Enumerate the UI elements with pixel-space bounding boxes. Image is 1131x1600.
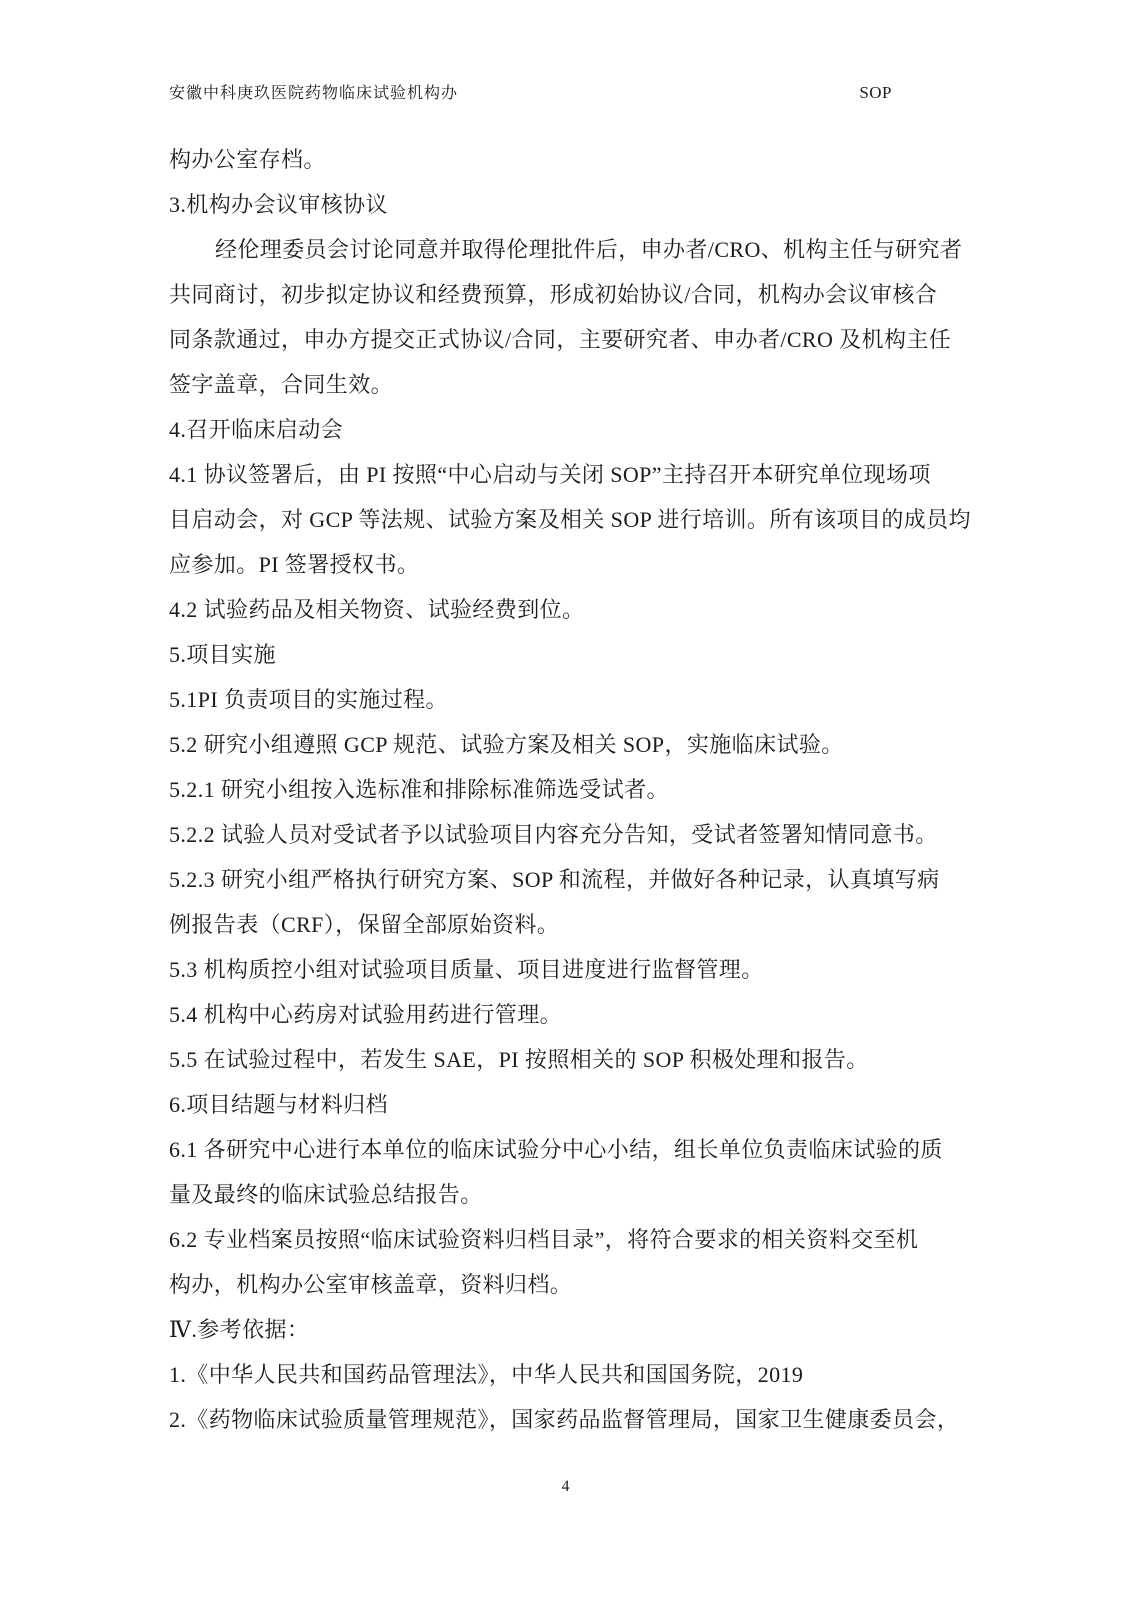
header-institution-text: 安徽中科庚玖医院药物临床试验机构办	[169, 80, 458, 103]
text-line: 4.1 协议签署后，由 PI 按照“中心启动与关闭 SOP”主持召开本研究单位现…	[169, 452, 962, 497]
text-line: 5.2.3 研究小组严格执行研究方案、SOP 和流程，并做好各种记录，认真填写病	[169, 857, 962, 902]
text-line: 5.1PI 负责项目的实施过程。	[169, 677, 962, 722]
text-line: 构办公室存档。	[169, 137, 962, 182]
section-heading-line: Ⅳ.参考依据：	[169, 1307, 962, 1352]
text-line: 同条款通过，申办方提交正式协议/合同，主要研究者、申办者/CRO 及机构主任	[169, 317, 962, 362]
document-page: 安徽中科庚玖医院药物临床试验机构办 SOP 构办公室存档。 3.机构办会议审核协…	[0, 0, 1131, 1600]
document-body: 构办公室存档。 3.机构办会议审核协议 经伦理委员会讨论同意并取得伦理批件后，申…	[169, 137, 962, 1442]
text-line: 6.1 各研究中心进行本单位的临床试验分中心小结，组长单位负责临床试验的质	[169, 1127, 962, 1172]
text-line: 5.5 在试验过程中，若发生 SAE，PI 按照相关的 SOP 积极处理和报告。	[169, 1037, 962, 1082]
text-line: 签字盖章，合同生效。	[169, 362, 962, 407]
page-number: 4	[562, 1478, 570, 1495]
section-heading-line: 3.机构办会议审核协议	[169, 182, 962, 227]
text-line: 构办，机构办公室审核盖章，资料归档。	[169, 1262, 962, 1307]
reference-line: 2.《药物临床试验质量管理规范》，国家药品监督管理局，国家卫生健康委员会，	[169, 1397, 962, 1442]
reference-line: 1.《中华人民共和国药品管理法》，中华人民共和国国务院，2019	[169, 1352, 962, 1397]
text-line: 5.2.2 试验人员对受试者予以试验项目内容充分告知，受试者签署知情同意书。	[169, 812, 962, 857]
text-line: 共同商讨，初步拟定协议和经费预算，形成初始协议/合同，机构办会议审核合	[169, 272, 962, 317]
text-line: 例报告表（CRF），保留全部原始资料。	[169, 902, 962, 947]
text-line: 6.2 专业档案员按照“临床试验资料归档目录”，将符合要求的相关资料交至机	[169, 1217, 962, 1262]
page-header: 安徽中科庚玖医院药物临床试验机构办 SOP	[169, 80, 962, 103]
text-line: 5.3 机构质控小组对试验项目质量、项目进度进行监督管理。	[169, 947, 962, 992]
text-line: 应参加。PI 签署授权书。	[169, 542, 962, 587]
section-heading-line: 4.召开临床启动会	[169, 407, 962, 452]
text-line: 5.2 研究小组遵照 GCP 规范、试验方案及相关 SOP，实施临床试验。	[169, 722, 962, 767]
header-sop-label: SOP	[859, 83, 892, 103]
section-heading-line: 5.项目实施	[169, 632, 962, 677]
text-line: 经伦理委员会讨论同意并取得伦理批件后，申办者/CRO、机构主任与研究者	[169, 227, 962, 272]
text-line: 5.2.1 研究小组按入选标准和排除标准筛选受试者。	[169, 767, 962, 812]
page-footer: 4	[0, 1478, 1131, 1496]
text-line: 4.2 试验药品及相关物资、试验经费到位。	[169, 587, 962, 632]
text-line: 目启动会，对 GCP 等法规、试验方案及相关 SOP 进行培训。所有该项目的成员…	[169, 497, 962, 542]
text-line: 5.4 机构中心药房对试验用药进行管理。	[169, 992, 962, 1037]
section-heading-line: 6.项目结题与材料归档	[169, 1082, 962, 1127]
text-line: 量及最终的临床试验总结报告。	[169, 1172, 962, 1217]
